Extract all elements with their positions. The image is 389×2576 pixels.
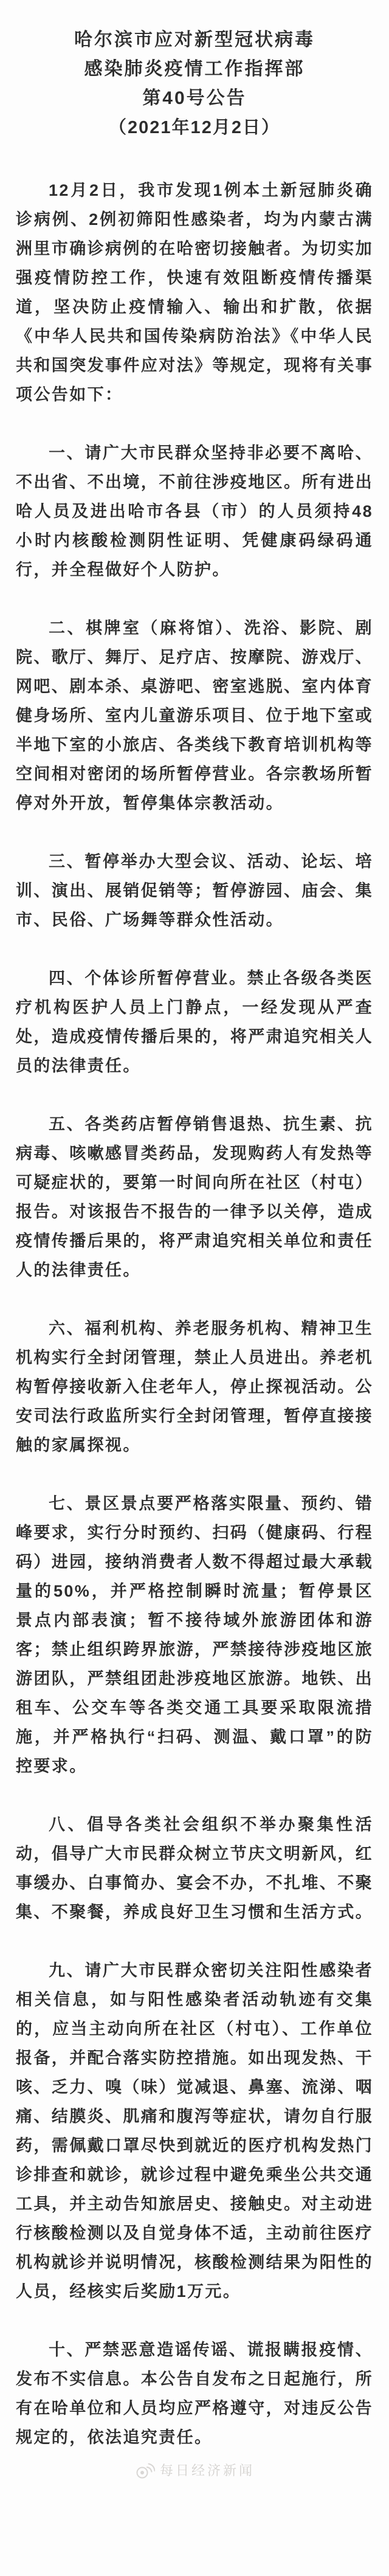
watermark-text: 每日经济新闻 [160,2460,255,2479]
weibo-logo-icon [134,2461,155,2479]
article-1: 一、请广大市民群众坚持非必要不离哈、不出省、不出境，不前往涉疫地区。所有进出哈人… [16,438,373,584]
title-line-3: 第40号公告 [16,84,373,113]
title-line-1: 哈尔滨市应对新型冠状病毒 [16,26,373,55]
article-10: 十、严禁恶意造谣传谣、谎报瞒报疫情、发布不实信息。本公告自发布之日起施行，所有在… [16,2335,373,2452]
article-4: 四、个体诊所暂停营业。禁止各级各类医疗机构医护人员上门静点，一经发现从严查处，造… [16,964,373,1080]
title-date: （2021年12月2日） [16,113,373,142]
intro-paragraph: 12月2日，我市发现1例本土新冠肺炎确诊病例、2例初筛阳性感染者，均为内蒙古满洲… [16,176,373,409]
title-line-2: 感染肺炎疫情工作指挥部 [16,55,373,84]
source-watermark: 每日经济新闻 [16,2460,373,2479]
article-3: 三、暂停举办大型会议、活动、论坛、培训、演出、展销促销等；暂停游园、庙会、集市、… [16,847,373,934]
announcement-title: 哈尔滨市应对新型冠状病毒 感染肺炎疫情工作指挥部 第40号公告 （2021年12… [16,26,373,142]
announcement-page: 哈尔滨市应对新型冠状病毒 感染肺炎疫情工作指挥部 第40号公告 （2021年12… [0,0,389,2576]
article-2: 二、棋牌室（麻将馆）、洗浴、影院、剧院、歌厅、舞厅、足疗店、按摩院、游戏厅、网吧… [16,613,373,818]
article-6: 六、福利机构、养老服务机构、精神卫生机构实行全封闭管理，禁止人员进出。养老机构暂… [16,1314,373,1460]
article-8: 八、倡导各类社会组织不举办聚集性活动，倡导广大市民群众树立节庆文明新风，红事缓办… [16,1810,373,1927]
article-5: 五、各类药店暂停销售退热、抗生素、抗病毒、咳嗽感冒类药品，发现购药人有发热等可疑… [16,1110,373,1285]
announcement-body: 12月2日，我市发现1例本土新冠肺炎确诊病例、2例初筛阳性感染者，均为内蒙古满洲… [16,176,373,2452]
article-9: 九、请广大市民群众密切关注阳性感染者相关信息，如与阳性感染者活动轨迹有交集的，应… [16,1956,373,2306]
article-7: 七、景区景点要严格落实限量、预约、错峰要求，实行分时预约、扫码（健康码、行程码）… [16,1489,373,1781]
